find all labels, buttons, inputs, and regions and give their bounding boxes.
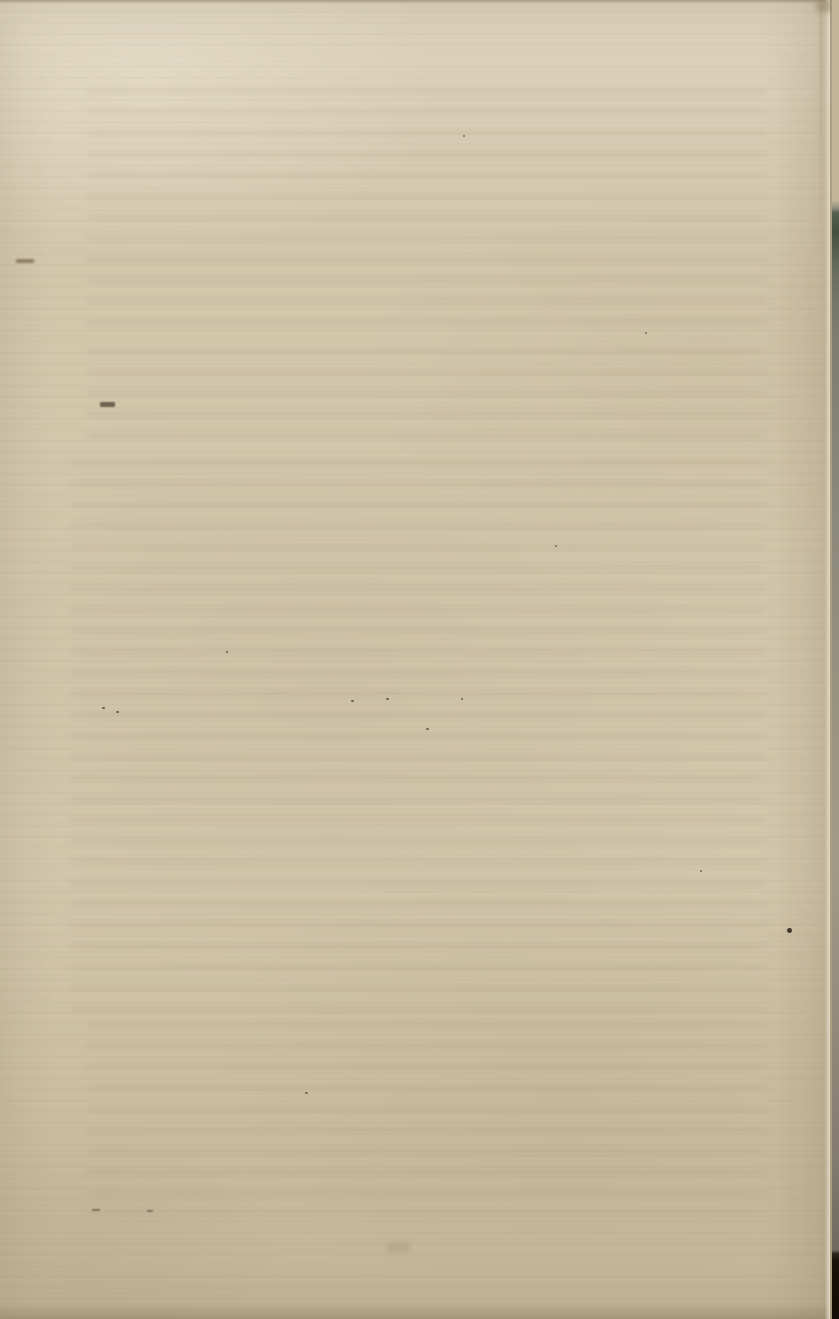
paper-speck (700, 870, 702, 872)
scan-marks-layer (0, 0, 832, 1319)
smudge-dash (16, 259, 34, 263)
paper-speck (645, 332, 647, 334)
paper-dash (92, 1209, 100, 1211)
paper-speck (116, 711, 119, 713)
scanned-page (0, 0, 839, 1319)
paper-speck (463, 135, 465, 137)
paper-speck (555, 545, 557, 547)
paper-speck (102, 707, 105, 709)
paper-speck (386, 698, 389, 700)
paper-speck (426, 728, 429, 730)
paper-surface (0, 0, 832, 1319)
paper-speck (351, 700, 354, 702)
paper-speck (226, 651, 228, 653)
paper-dash (147, 1210, 153, 1212)
faded-pagenumber-smudge (386, 1242, 410, 1253)
paper-speck (461, 698, 463, 700)
ink-speck (787, 928, 792, 933)
paper-speck (305, 1092, 308, 1094)
corner-smudge (816, 0, 832, 12)
ink-scribble (100, 402, 115, 407)
scan-background-strip (832, 0, 839, 1319)
